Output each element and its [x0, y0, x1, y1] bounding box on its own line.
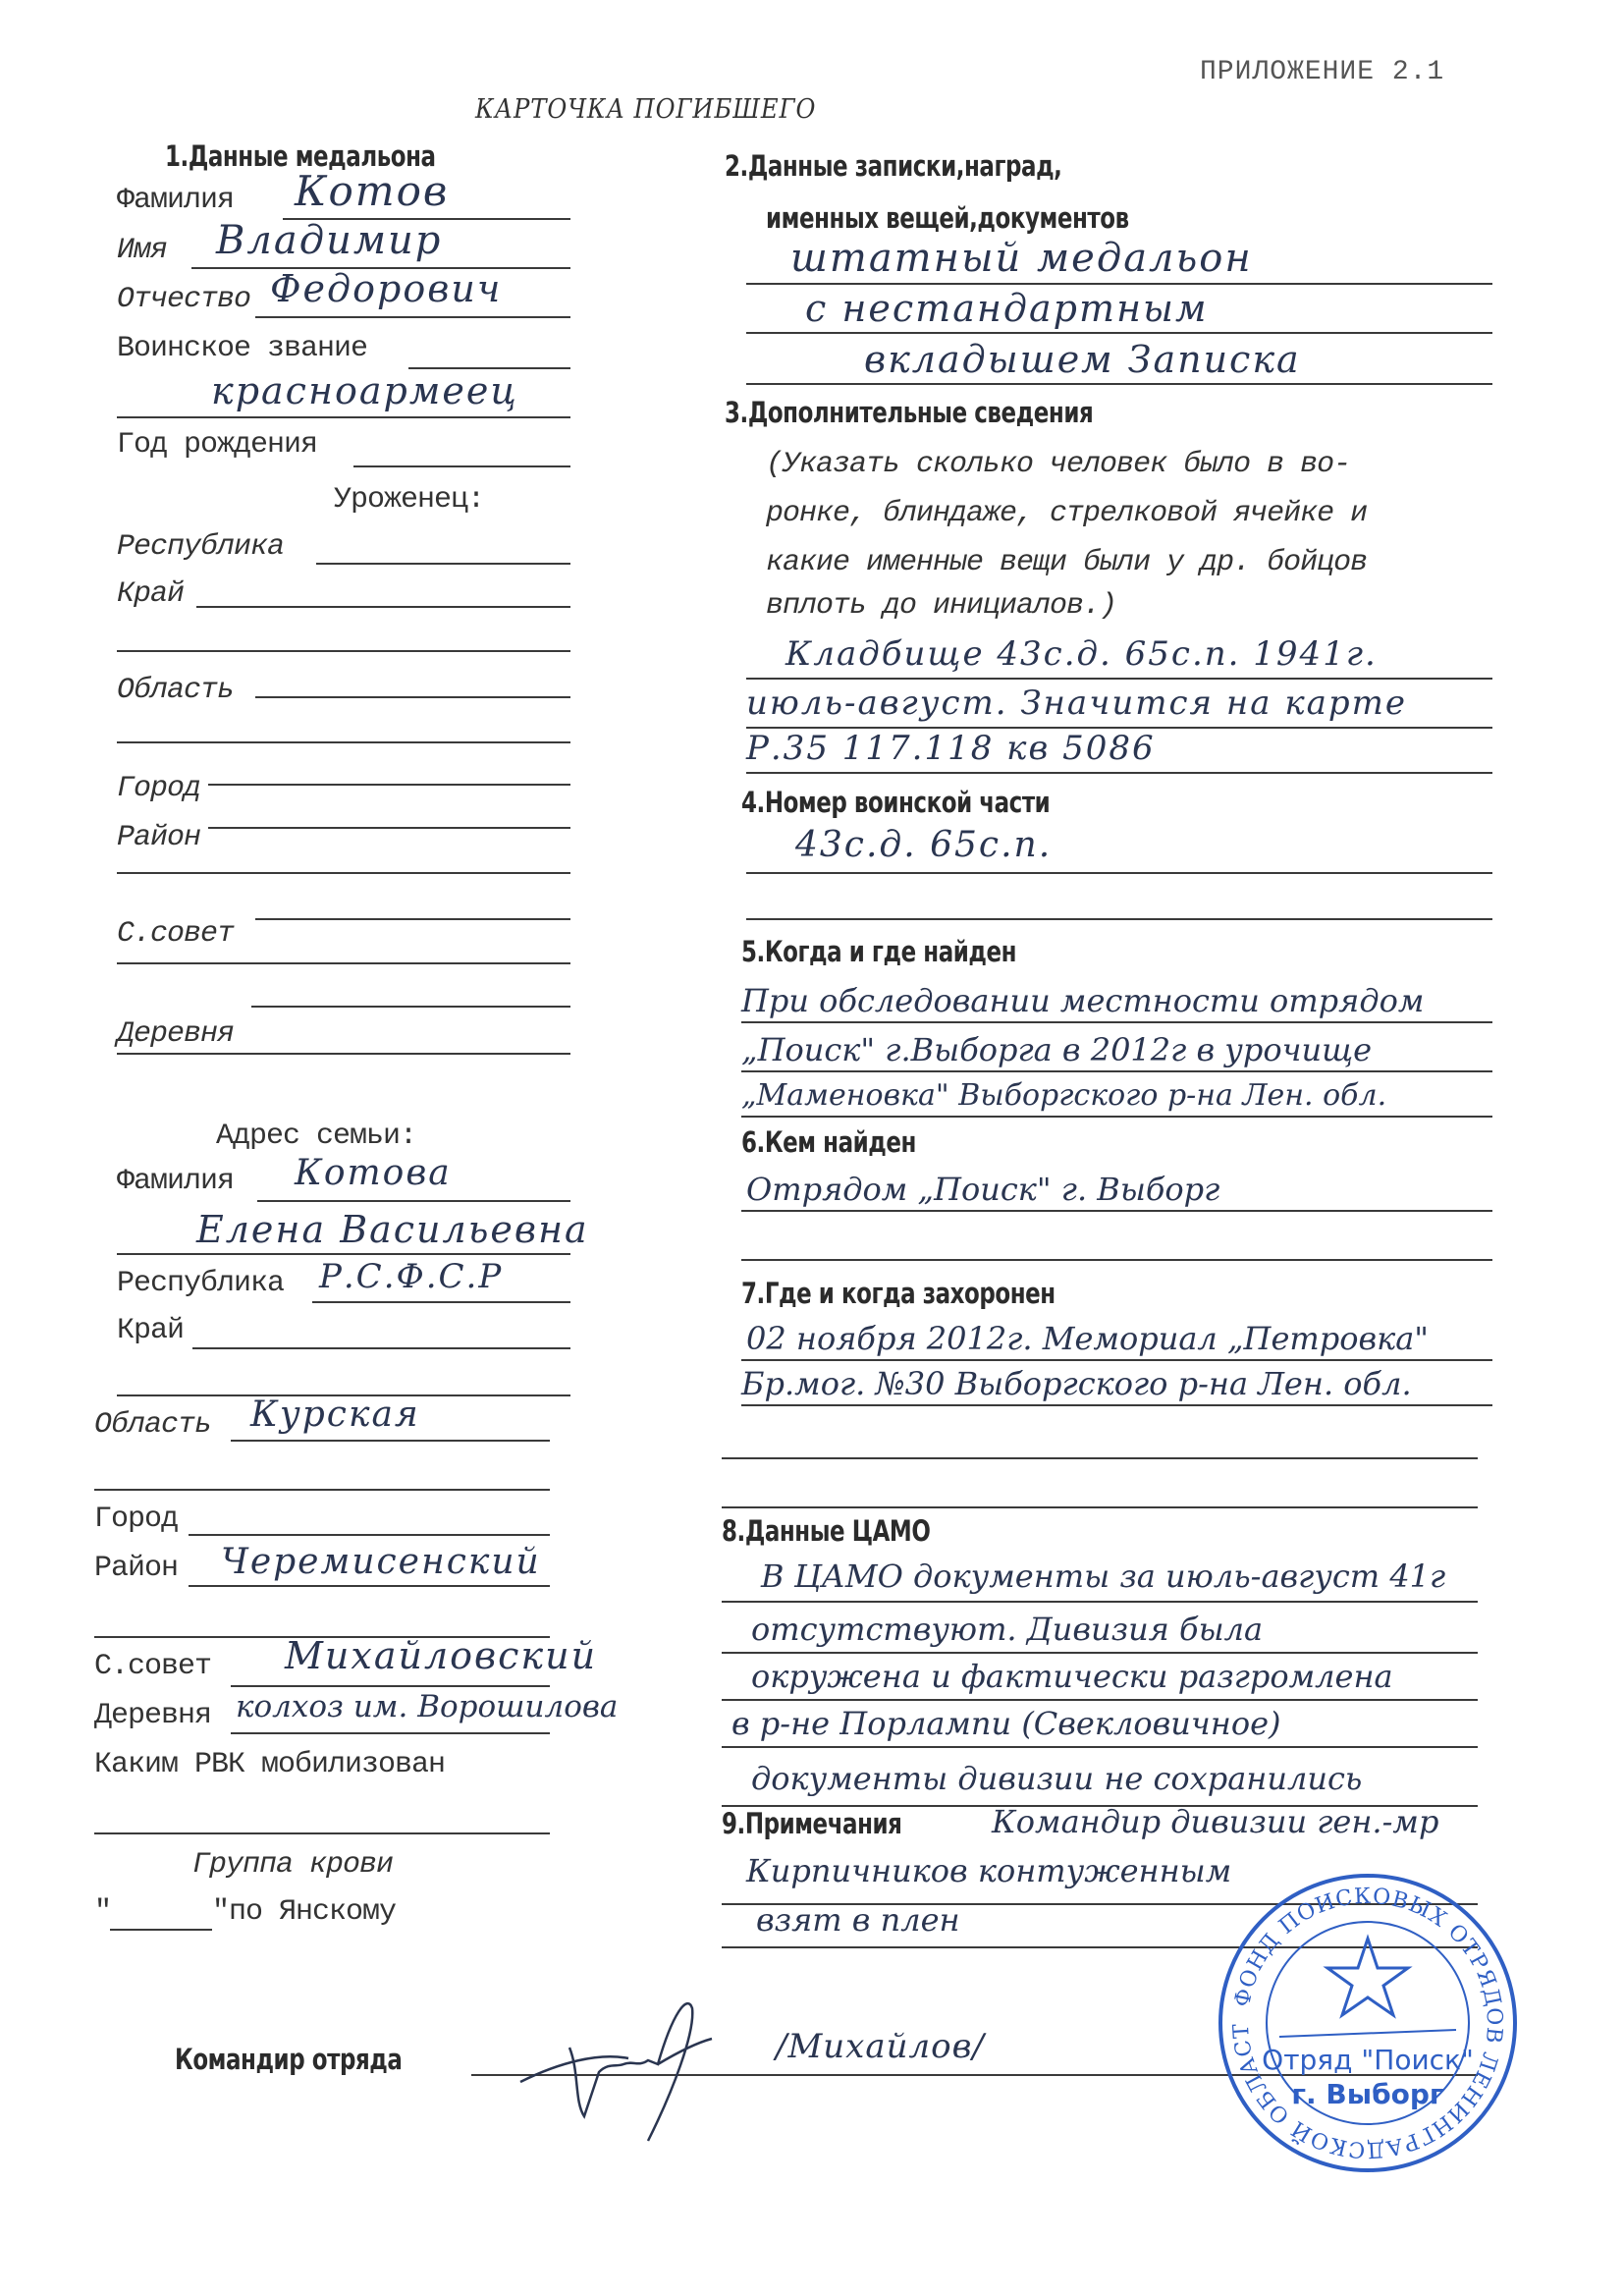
section-2-entry[interactable]: вкладышем Записка — [864, 338, 1301, 381]
section-2-heading-1: 2.Данные записки,наград, — [725, 149, 1061, 183]
native-heading: Уроженец: — [334, 483, 484, 517]
section-7-line — [722, 1506, 1478, 1508]
native-krai-line — [196, 606, 570, 608]
family-council-value[interactable]: Михайловский — [285, 1634, 597, 1677]
star-icon — [1327, 1939, 1408, 2015]
family-city-label: Город — [94, 1503, 178, 1536]
organization-stamp: ФОНД ПОИСКОВЫХ ОТРЯДОВ ЛЕНИНГРАДСКОЙ ОБЛ… — [1213, 1868, 1523, 2178]
native-city-line — [208, 784, 570, 786]
surname-label: Фамилия — [117, 184, 234, 217]
section-6-entry[interactable]: Отрядом „Поиск" г. Выборг — [746, 1171, 1219, 1208]
commander-label: Командир отряда — [175, 2043, 402, 2076]
section-8-entry[interactable]: отсутствуют. Дивизия была — [751, 1611, 1263, 1648]
section-5-entry[interactable]: „Маменовка" Выборгского р-на Лен. обл. — [741, 1078, 1386, 1113]
section-9-entry[interactable]: взят в плен — [756, 1901, 960, 1939]
family-krai-label: Край — [117, 1314, 184, 1347]
family-village-label: Деревня — [94, 1699, 211, 1732]
birth-year-line — [353, 465, 570, 467]
family-krai-line — [192, 1347, 570, 1349]
family-district-label: Район — [94, 1552, 178, 1585]
section-7-entry[interactable]: Бр.мог. №30 Выборгского р-на Лен. обл. — [741, 1365, 1412, 1402]
section-3-entry[interactable]: Кладбище 43с.д. 65с.п. 1941г. — [785, 634, 1378, 674]
patronymic-label: Отчество — [117, 283, 250, 316]
section-8-entry[interactable]: документы дивизии не сохранились — [751, 1760, 1362, 1797]
native-council-line-2 — [117, 962, 570, 964]
native-village-line-2 — [117, 1053, 570, 1055]
rank-line-2 — [117, 416, 570, 418]
section-3-hint: (Указать сколько человек было в во- — [766, 448, 1350, 481]
section-8-heading: 8.Данные ЦАМО — [722, 1514, 930, 1548]
section-2-line — [746, 283, 1492, 285]
family-oblast-label: Область — [94, 1408, 211, 1442]
family-heading: Адрес семьи: — [216, 1120, 416, 1153]
native-district-line-2 — [117, 872, 570, 874]
native-district-label: Район — [117, 821, 200, 854]
stamp-center-line-2: г. Выборг — [1291, 2078, 1443, 2110]
family-surname-value[interactable]: Котова — [295, 1153, 452, 1193]
section-7-line — [722, 1457, 1478, 1459]
rvk-line — [94, 1832, 550, 1834]
patronymic-value[interactable]: Федорович — [270, 267, 502, 310]
section-2-line — [746, 332, 1492, 334]
patronymic-line — [255, 316, 570, 318]
section-8-entry[interactable]: окружена и фактически разгромлена — [751, 1658, 1393, 1695]
section-9-entry[interactable]: Кирпичников контуженным — [746, 1852, 1231, 1889]
section-5-heading: 5.Когда и где найден — [741, 935, 1016, 968]
section-4-heading: 4.Номер воинской части — [741, 786, 1050, 819]
section-2-heading-2: именных вещей,документов — [766, 201, 1129, 235]
appendix-label: ПРИЛОЖЕНИЕ 2.1 — [1200, 57, 1444, 87]
birth-year-label: Год рождения — [117, 428, 317, 462]
section-8-line — [722, 1699, 1478, 1701]
family-village-value[interactable]: колхоз им. Ворошилова — [236, 1689, 618, 1724]
family-district-line — [189, 1585, 550, 1587]
family-republic-line — [312, 1301, 570, 1303]
family-surname-label: Фамилия — [117, 1165, 234, 1198]
section-3-line — [746, 678, 1492, 680]
section-9-heading: 9.Примечания — [722, 1807, 901, 1840]
section-5-entry[interactable]: При обследовании местности отрядом — [741, 982, 1424, 1019]
native-oblast-line-2 — [117, 741, 570, 743]
section-2-entry[interactable]: штатный медальон — [790, 236, 1253, 281]
section-2-line — [746, 383, 1492, 385]
signature-scribble — [501, 1974, 795, 2151]
family-council-line — [231, 1685, 550, 1687]
name-value[interactable]: Владимир — [216, 218, 442, 263]
commander-name: /Михайлов/ — [776, 2027, 985, 2066]
section-7-line — [741, 1359, 1492, 1361]
section-8-line — [722, 1601, 1478, 1603]
stamp-center-line-1: Отряд "Поиск" — [1262, 2044, 1474, 2076]
native-krai-label: Край — [117, 577, 184, 611]
family-council-label: С.совет — [94, 1650, 211, 1683]
family-full-name[interactable]: Елена Васильевна — [196, 1208, 589, 1251]
section-6-heading: 6.Кем найден — [741, 1125, 916, 1159]
native-village-line — [251, 1006, 570, 1008]
blood-group-open-quote: " — [94, 1895, 111, 1929]
section-8-line — [722, 1652, 1478, 1654]
section-3-hint: ронке, блиндаже, стрелковой ячейке и — [766, 497, 1367, 530]
section-5-line — [741, 1021, 1492, 1023]
section-6-line — [741, 1259, 1492, 1261]
native-district-line — [208, 827, 570, 829]
page-title: КАРТОЧКА ПОГИБШЕГО — [475, 94, 816, 125]
name-label: Имя — [117, 234, 167, 267]
native-city-label: Город — [117, 772, 200, 805]
family-oblast-line — [231, 1440, 550, 1442]
native-republic-label: Республика — [117, 530, 284, 564]
family-name-line — [117, 1253, 570, 1255]
native-oblast-line — [255, 696, 570, 698]
family-district-value[interactable]: Черемисенский — [221, 1542, 541, 1582]
section-7-heading: 7.Где и когда захоронен — [741, 1277, 1056, 1310]
section-3-hint: какие именные вещи были у др. бойцов — [766, 546, 1367, 579]
family-republic-value[interactable]: Р.С.Ф.С.Р — [319, 1257, 503, 1296]
section-2-entry[interactable]: с нестандартным — [805, 287, 1208, 330]
rvk-label: Каким РВК мобилизован — [94, 1748, 445, 1781]
section-8-entry[interactable]: в р-не Порлампи (Свекловичное) — [731, 1705, 1281, 1742]
section-7-line — [741, 1404, 1492, 1406]
native-council-label: С.совет — [117, 917, 234, 951]
section-9-entry[interactable]: Командир дивизии ген.-мр — [992, 1803, 1438, 1840]
section-4-line — [746, 872, 1492, 874]
section-4-line — [746, 918, 1492, 920]
family-city-line — [189, 1534, 550, 1536]
surname-value[interactable]: Котов — [295, 167, 449, 215]
rank-label: Воинское звание — [117, 332, 367, 365]
section-5-line — [741, 1116, 1492, 1118]
native-krai-line-2 — [117, 650, 570, 652]
section-3-heading: 3.Дополнительные сведения — [725, 396, 1093, 429]
rank-value[interactable]: красноармеец — [211, 369, 518, 412]
blood-group-line — [110, 1929, 212, 1931]
section-5-entry[interactable]: „Поиск" г.Выборга в 2012г в урочище — [741, 1031, 1372, 1068]
native-republic-line — [316, 563, 570, 565]
family-oblast-line-2 — [94, 1489, 550, 1491]
blood-group-suffix: "по Янскому — [212, 1895, 396, 1929]
section-7-entry[interactable]: 02 ноября 2012г. Мемориал „Петровка" — [746, 1320, 1429, 1357]
section-6-line — [741, 1210, 1492, 1212]
section-4-entry[interactable]: 43с.д. 65с.п. — [795, 825, 1052, 865]
section-5-line — [741, 1070, 1492, 1072]
section-3-hint: вплоть до инициалов.) — [766, 589, 1116, 623]
family-oblast-value[interactable]: Курская — [250, 1394, 420, 1435]
native-oblast-label: Область — [117, 674, 234, 707]
section-8-entry[interactable]: В ЦАМО документы за июль-август 41г — [761, 1558, 1445, 1595]
family-surname-line — [257, 1200, 570, 1202]
family-village-line — [231, 1732, 550, 1734]
blood-group-label: Группа крови — [192, 1848, 393, 1882]
family-republic-label: Республика — [117, 1267, 284, 1300]
native-village-label: Деревня — [117, 1017, 234, 1051]
section-8-line — [722, 1746, 1478, 1748]
native-council-line — [255, 918, 570, 920]
section-3-entry[interactable]: Р.35 117.118 кв 5086 — [746, 729, 1156, 768]
section-3-entry[interactable]: июль-август. Значится на карте — [746, 683, 1407, 723]
section-3-line — [746, 772, 1492, 774]
